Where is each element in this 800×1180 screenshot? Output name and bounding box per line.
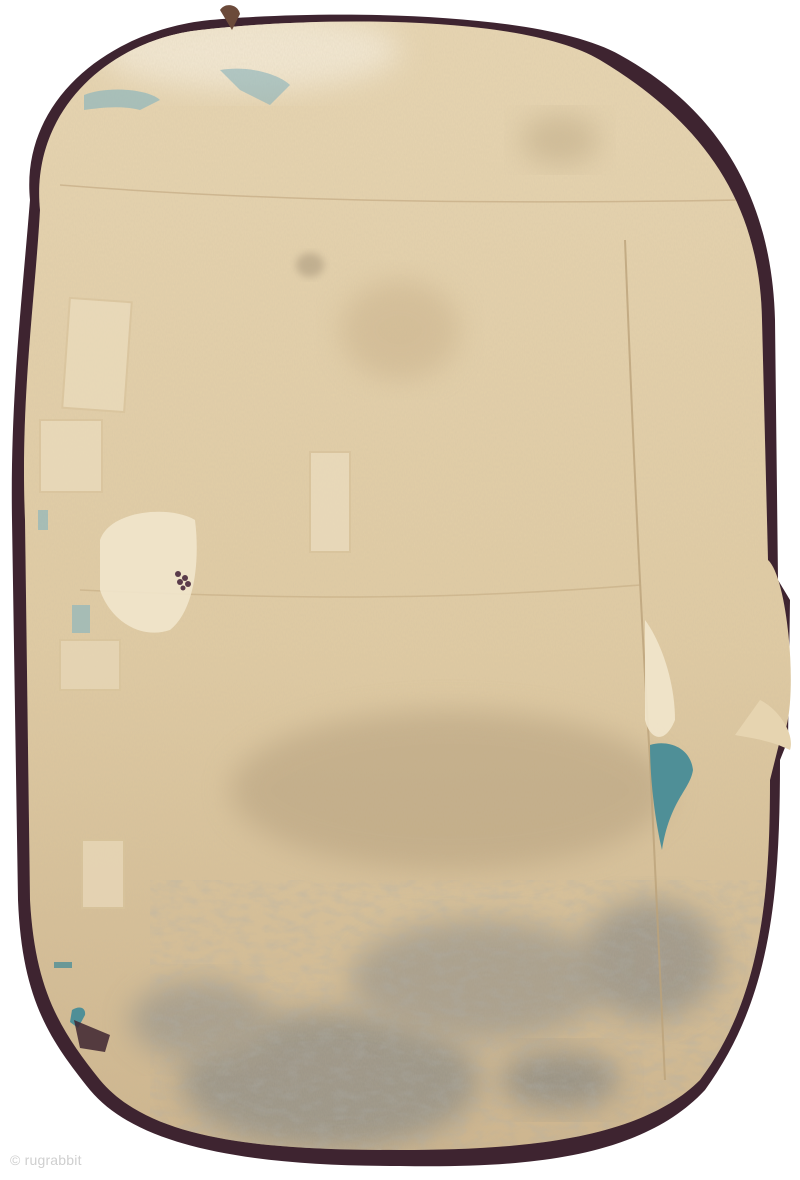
patch — [40, 420, 102, 492]
watermark: © rugrabbit — [10, 1152, 82, 1168]
patch — [310, 452, 350, 552]
linen-backing — [0, 0, 800, 1180]
patch — [82, 840, 124, 908]
patch — [62, 298, 132, 412]
patch — [60, 640, 120, 690]
textile-photo — [0, 0, 800, 1180]
